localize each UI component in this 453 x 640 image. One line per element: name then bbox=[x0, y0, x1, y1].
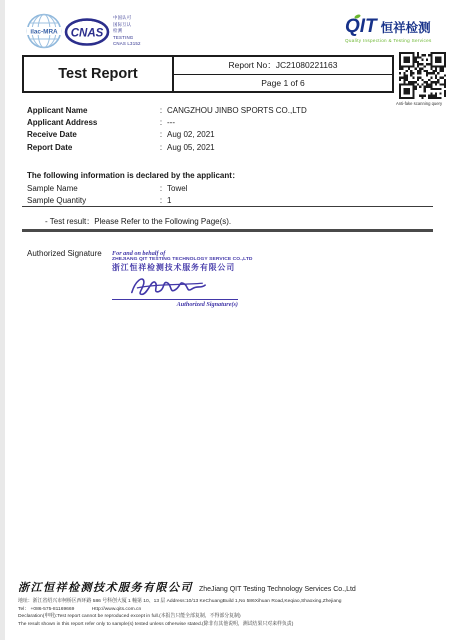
qr-code bbox=[399, 52, 446, 99]
field-row-applicant-address: Applicant Address : --- bbox=[27, 117, 432, 129]
authorization-stamp: For and on behalf of ZHEJIANG QIT TESTIN… bbox=[112, 250, 272, 308]
divider-thin bbox=[22, 206, 433, 207]
scan-edge bbox=[0, 0, 5, 640]
report-number-row: Report No： JC21080221163 bbox=[174, 57, 392, 75]
footer: 浙江恒祥检测技术服务有限公司 ZheJiang QIT Testing Tech… bbox=[18, 579, 443, 628]
declared-info: The following information is declared by… bbox=[27, 169, 432, 207]
footer-tel: Tel： +086-575-81169669 bbox=[18, 607, 74, 612]
report-title: Test Report bbox=[24, 57, 174, 91]
field-row-applicant-name: Applicant Name : CANGZHOU JINBO SPORTS C… bbox=[27, 105, 432, 117]
stamp-company-cn: 浙江恒祥检测技术服务有限公司 bbox=[112, 263, 272, 272]
qit-logo-chinese: 恒祥检测 bbox=[381, 22, 431, 36]
qit-logo: QIT 恒祥检测 Quality Inspection & Testing Se… bbox=[345, 17, 445, 43]
report-page: ilac-MRA CNAS 中国认可 国际互认 检测 TESTING CNAS … bbox=[0, 0, 453, 640]
leaf-icon bbox=[354, 14, 361, 19]
cnas-accreditation-text: 中国认可 国际互认 检测 TESTING CNAS L3152 bbox=[113, 15, 141, 48]
footer-address: 地址：浙江省绍兴市柯桥区西环路 586 号科创大厦 1 幢第 10、13 层 A… bbox=[18, 598, 443, 606]
ilac-mra-logo-icon: ilac-MRA bbox=[26, 13, 62, 49]
declared-heading: The following information is declared by… bbox=[27, 169, 432, 182]
report-header-table: Test Report Report No： JC21080221163 Pag… bbox=[22, 55, 394, 93]
footer-contact: Tel： +086-575-81169669 Http://www.qits.c… bbox=[18, 606, 443, 614]
applicant-info: Applicant Name : CANGZHOU JINBO SPORTS C… bbox=[27, 105, 432, 154]
qit-tagline: Quality Inspection & Testing Services bbox=[345, 38, 445, 43]
cnas-logo-icon: CNAS bbox=[64, 17, 110, 47]
report-number-label: Report No： bbox=[228, 59, 275, 71]
footer-company-en: ZheJiang QIT Testing Technology Services… bbox=[199, 586, 356, 593]
signature-scribble-icon bbox=[126, 273, 272, 304]
test-result-note: - Test result：Please Refer to the Follow… bbox=[45, 216, 231, 227]
svg-text:ilac-MRA: ilac-MRA bbox=[30, 28, 58, 35]
footer-result-note: The result shown in this report refer on… bbox=[18, 621, 443, 629]
report-number-value: JC21080221163 bbox=[276, 60, 338, 70]
field-row-report-date: Report Date : Aug 05, 2021 bbox=[27, 142, 432, 154]
stamp-on-behalf: For and on behalf of bbox=[112, 250, 272, 257]
footer-website: Http://www.qits.com.cn bbox=[92, 607, 141, 612]
footer-company-cn: 浙江恒祥检测技术服务有限公司 bbox=[18, 579, 193, 595]
page-indicator: Page 1 of 6 bbox=[174, 75, 392, 92]
svg-text:CNAS: CNAS bbox=[71, 28, 104, 40]
field-row-receive-date: Receive Date : Aug 02, 2021 bbox=[27, 129, 432, 141]
qit-logo-latin: QIT bbox=[345, 17, 377, 36]
footer-declaration: Declaration(申明):Test report cannot be re… bbox=[18, 613, 443, 621]
field-row-sample-name: Sample Name : Towel bbox=[27, 183, 432, 195]
authorized-signature-label: Authorized Signature bbox=[27, 249, 102, 258]
divider-thick bbox=[22, 229, 433, 232]
